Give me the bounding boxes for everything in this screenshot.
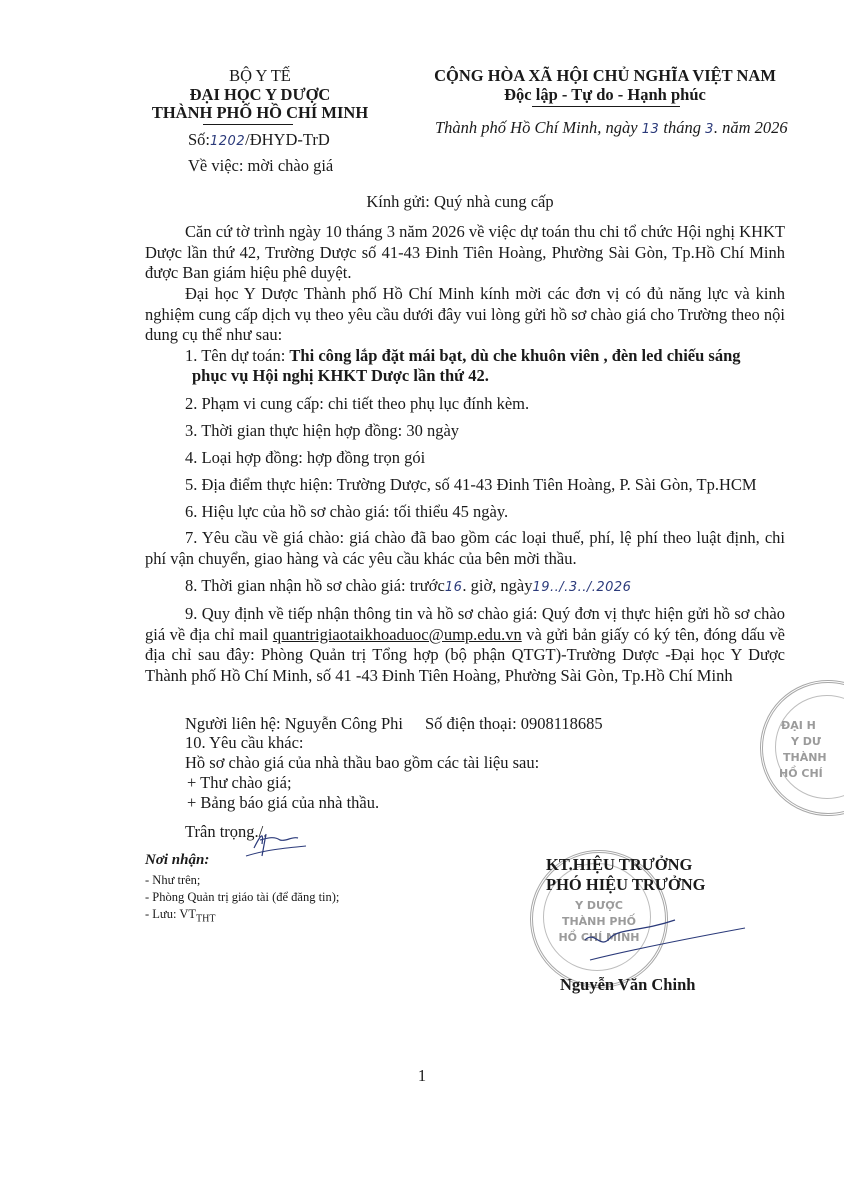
side-stamp-line-2: Y DƯ bbox=[791, 735, 844, 748]
intro-paragraph-2: Đại học Y Dược Thành phố Hồ Chí Minh kín… bbox=[145, 284, 785, 346]
archive-prefix: - Lưu: VT bbox=[145, 907, 196, 921]
recipients-title: Nơi nhận: bbox=[145, 852, 209, 869]
side-stamp-line-1: ĐẠI H bbox=[781, 719, 844, 732]
page-number: 1 bbox=[400, 1066, 444, 1086]
date-day-handwritten: 13 bbox=[642, 122, 660, 137]
national-motto: Độc lập - Tự do - Hạnh phúc bbox=[415, 85, 795, 105]
contact-phone: Số điện thoại: 0908118685 bbox=[425, 714, 603, 734]
item-8: 8. Thời gian nhận hồ sơ chào giá: trước1… bbox=[185, 576, 631, 596]
item-4: 4. Loại hợp đồng: hợp đồng trọn gói bbox=[185, 448, 425, 468]
item-10-description: Hồ sơ chào giá của nhà thầu bao gồm các … bbox=[185, 753, 539, 773]
item-2: 2. Phạm vi cung cấp: chi tiết theo phụ l… bbox=[185, 394, 529, 414]
item-1-value-cont: phục vụ Hội nghị KHKT Dược lần thứ 42. bbox=[192, 366, 489, 386]
item-8-prefix: 8. Thời gian nhận hồ sơ chào giá: trước bbox=[185, 576, 445, 595]
document-number-handwritten: 1202 bbox=[210, 134, 245, 149]
ministry-name: BỘ Y TẾ bbox=[130, 66, 390, 86]
item-8-mid: . giờ, ngày bbox=[462, 576, 532, 595]
side-stamp-line-3: THÀNH bbox=[783, 751, 844, 764]
side-stamp-line-4: HỒ CHÍ bbox=[779, 767, 844, 780]
date-prefix: Thành phố Hồ Chí Minh, ngày bbox=[435, 118, 642, 137]
document-number-prefix: Số: bbox=[188, 130, 210, 149]
item-7: 7. Yêu cầu về giá chào: giá chào đã bao … bbox=[145, 528, 785, 569]
document-number-suffix: /ĐHYD-TrD bbox=[245, 130, 330, 149]
item-1: 1. Tên dự toán: Thi công lắp đặt mái bạt… bbox=[185, 346, 741, 366]
signer-name: Nguyễn Văn Chinh bbox=[560, 975, 695, 995]
item-10-doc-1: + Thư chào giá; bbox=[187, 773, 292, 793]
item-9: 9. Quy định về tiếp nhận thông tin và hồ… bbox=[145, 604, 785, 686]
document-subject: Về việc: mời chào giá bbox=[188, 156, 333, 176]
issue-date: Thành phố Hồ Chí Minh, ngày 13 tháng 3. … bbox=[435, 118, 788, 138]
header-left-divider bbox=[203, 124, 293, 125]
item-3: 3. Thời gian thực hiện hợp đồng: 30 ngày bbox=[185, 421, 459, 441]
date-mid: tháng bbox=[659, 118, 705, 137]
salutation: Kính gửi: Quý nhà cung cấp bbox=[130, 192, 790, 212]
signature-title-1: KT.HIỆU TRƯỞNG bbox=[546, 855, 692, 875]
intro-paragraph-1: Căn cứ tờ trình ngày 10 tháng 3 năm 2026… bbox=[145, 222, 785, 284]
signature-title-2: PHÓ HIỆU TRƯỞNG bbox=[546, 875, 706, 895]
document-number: Số:1202/ĐHYD-TrD bbox=[188, 130, 330, 150]
item-6: 6. Hiệu lực của hồ sơ chào giá: tối thiể… bbox=[185, 502, 508, 522]
header-right-divider bbox=[532, 106, 680, 107]
university-name-line2: THÀNH PHỐ HỒ CHÍ MINH bbox=[130, 103, 390, 123]
item-10-doc-2: + Bảng báo giá của nhà thầu. bbox=[187, 793, 379, 813]
side-stamp: ĐẠI H Y DƯ THÀNH HỒ CHÍ bbox=[760, 680, 844, 816]
item-5: 5. Địa điểm thực hiện: Trường Dược, số 4… bbox=[185, 475, 757, 495]
recipient-1: - Như trên; bbox=[145, 873, 200, 888]
item-8-date-handwritten: 19../.3../.2026 bbox=[533, 580, 632, 595]
date-month-handwritten: 3 bbox=[705, 122, 714, 137]
signature-icon bbox=[580, 910, 750, 980]
contact-email-link[interactable]: quantrigiaotaikhoaduoc@ump.edu.vn bbox=[273, 625, 522, 644]
initial-signature-icon bbox=[240, 826, 310, 858]
item-1-label: 1. Tên dự toán: bbox=[185, 346, 289, 365]
archive-sub: THT bbox=[196, 914, 215, 925]
recipient-2: - Phòng Quản trị giáo tài (để đăng tin); bbox=[145, 890, 339, 905]
date-suffix: . năm 2026 bbox=[714, 118, 788, 137]
item-8-hour-handwritten: 16 bbox=[445, 580, 463, 595]
contact-person: Người liên hệ: Nguyễn Công Phi bbox=[185, 714, 403, 734]
recipient-archive: - Lưu: VTTHT bbox=[145, 907, 215, 925]
item-10: 10. Yêu cầu khác: bbox=[185, 733, 304, 753]
republic-title: CỘNG HÒA XÃ HỘI CHỦ NGHĨA VIỆT NAM bbox=[415, 66, 795, 86]
item-1-value: Thi công lắp đặt mái bạt, dù che khuôn v… bbox=[289, 346, 740, 365]
university-name-line1: ĐẠI HỌC Y DƯỢC bbox=[130, 85, 390, 105]
